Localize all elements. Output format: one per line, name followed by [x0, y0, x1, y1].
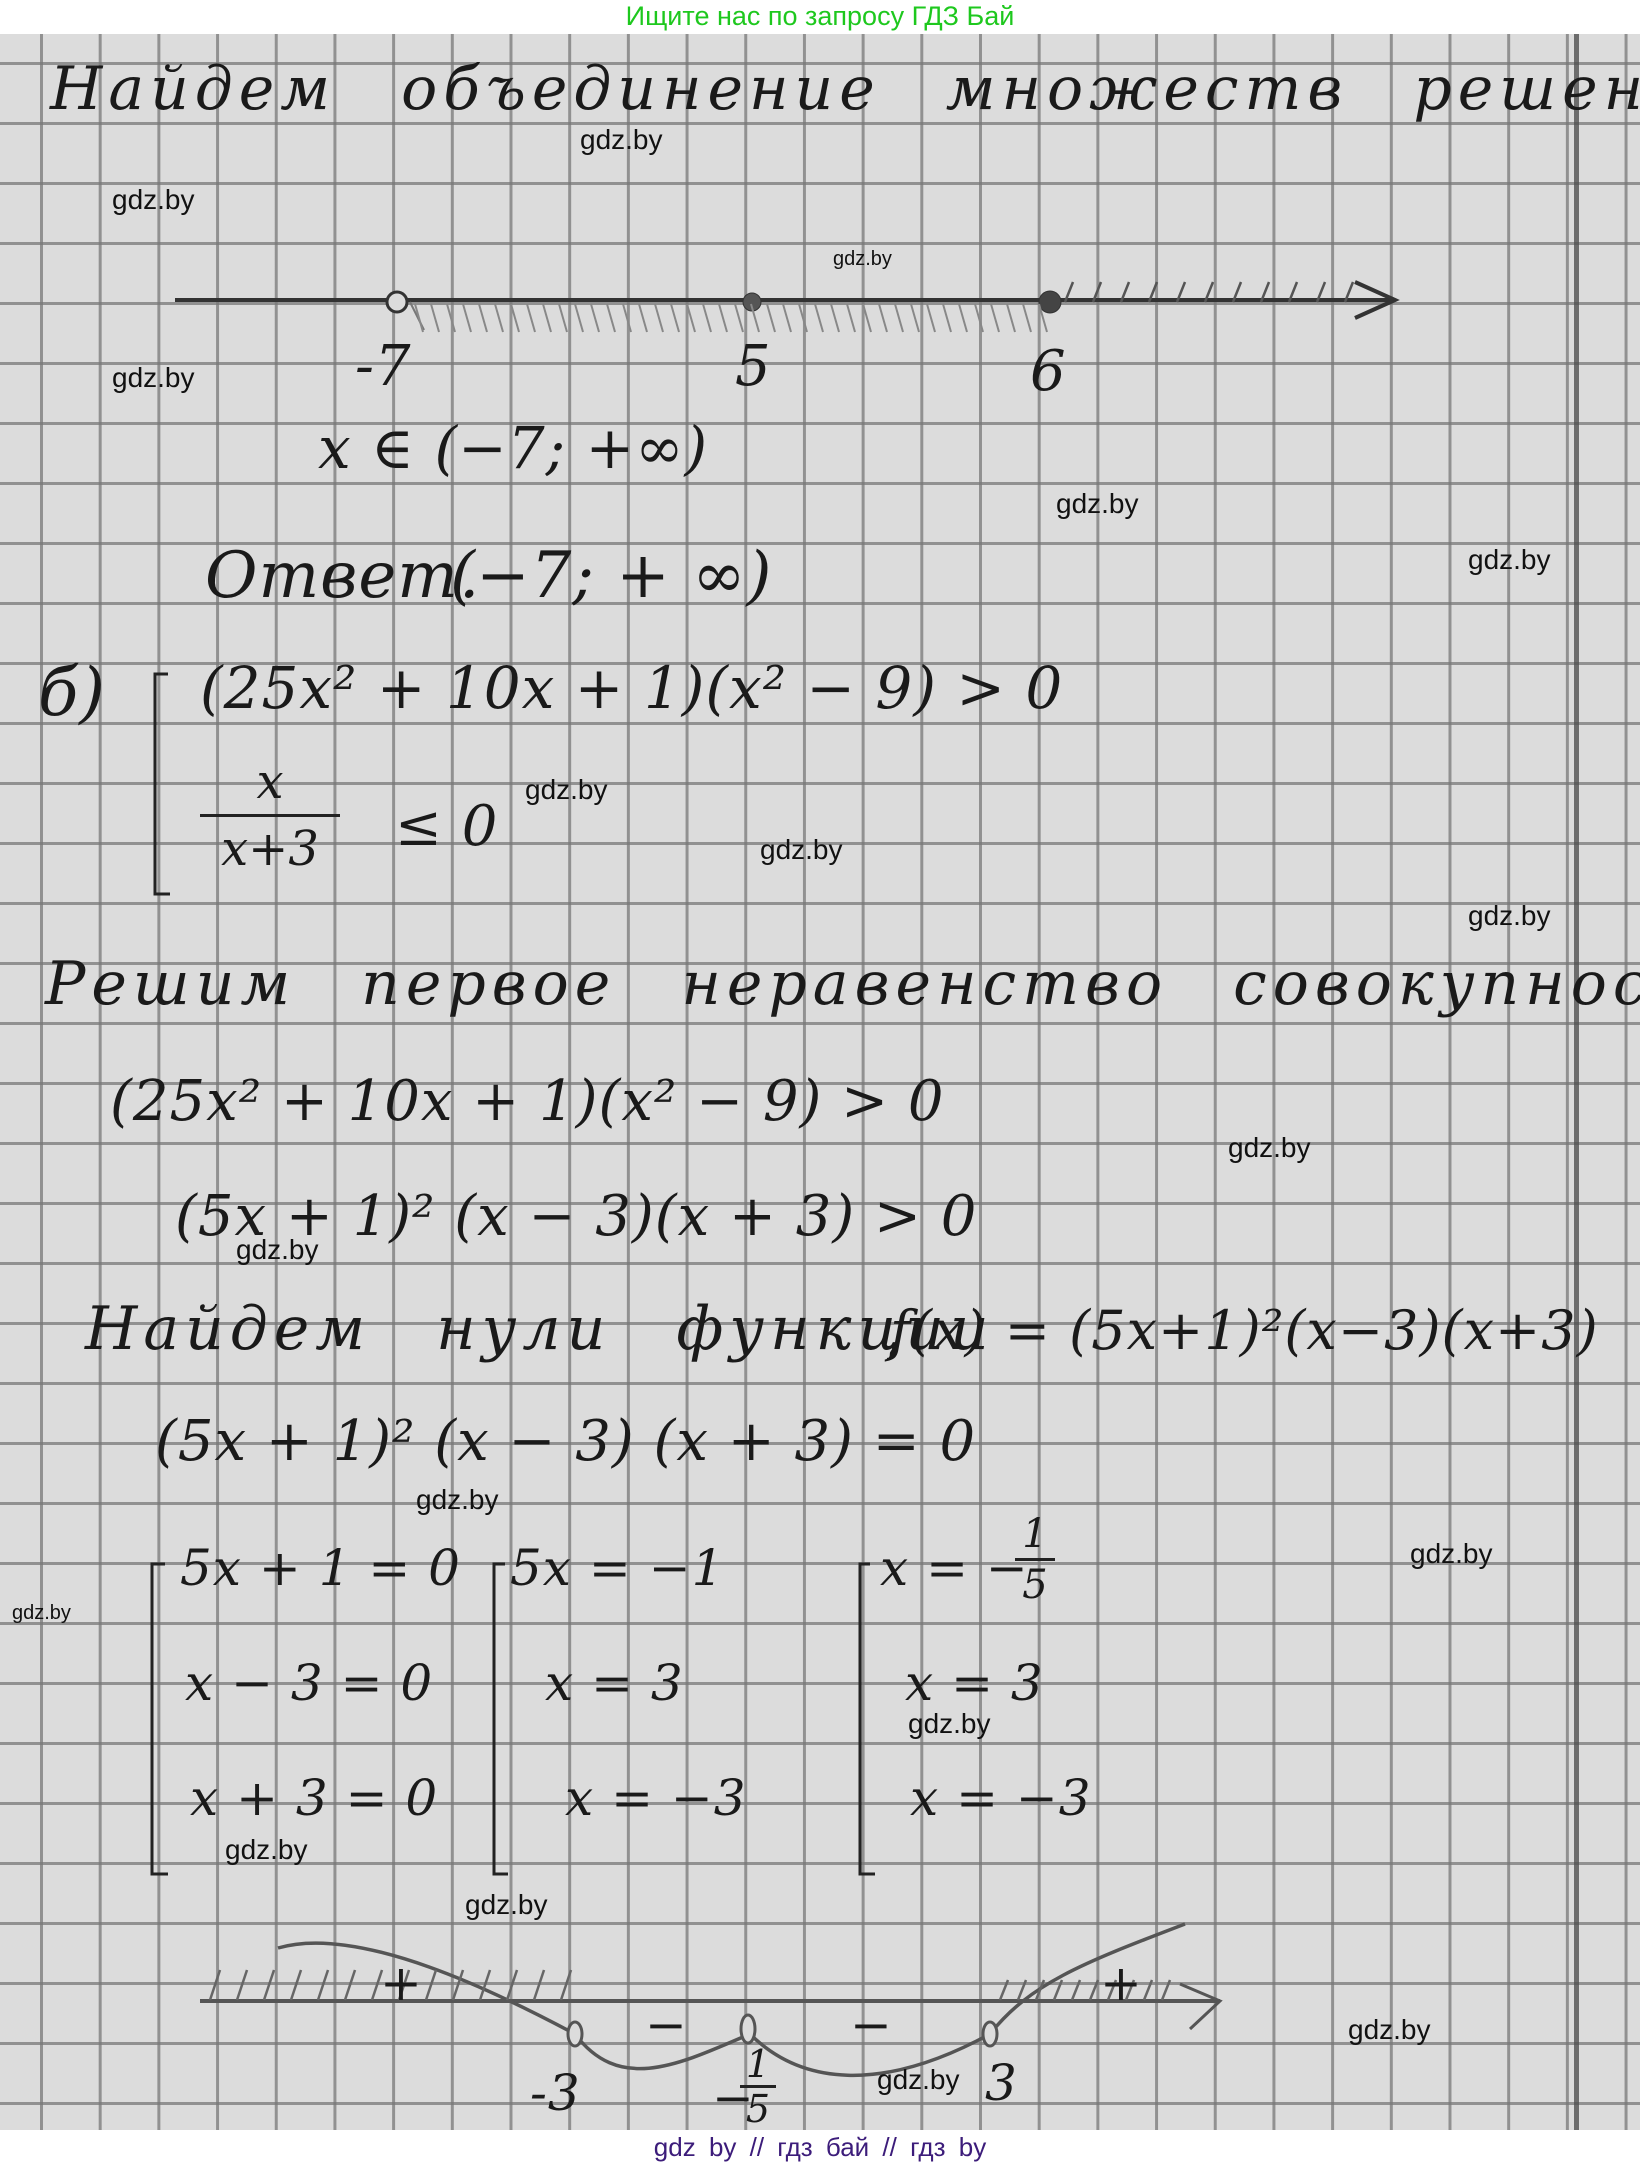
- col2-row3: x = −3: [565, 1769, 747, 1827]
- number-line-label-minus7: -7: [355, 334, 412, 399]
- watermark: gdz.by: [236, 1234, 319, 1266]
- col2-row2: x = 3: [545, 1654, 684, 1712]
- sign-minus-1: −: [645, 1996, 688, 2054]
- notebook-page: Найдем объединение множеств решений: [0, 34, 1640, 2130]
- number-line-a: [175, 282, 1395, 330]
- step1-eq1: (25x² + 10x + 1)(x² − 9) > 0: [110, 1069, 945, 1134]
- col3-fraction-num: 1: [1015, 1512, 1055, 1556]
- system-fraction: x x+3: [200, 754, 340, 877]
- watermark: gdz.by: [1056, 488, 1139, 520]
- system-line-2-relation: ≤ 0: [395, 794, 498, 859]
- number-line-label-5: 5: [735, 334, 772, 399]
- system-line-1: (25x² + 10x + 1)(x² − 9) > 0: [200, 654, 1063, 722]
- sign-plus-left: +: [380, 1954, 423, 2012]
- fraction-bar: [200, 814, 340, 817]
- fraction-numerator: x: [200, 754, 340, 810]
- sign-chart-label-fifth: 1 5: [740, 2044, 776, 2129]
- watermark: gdz.by: [1348, 2014, 1431, 2046]
- col3-fraction-den: 5: [1015, 1563, 1055, 1607]
- sign-minus-2: −: [850, 1996, 893, 2054]
- col3-row1-prefix: x = −: [880, 1539, 1029, 1597]
- watermark: gdz.by: [833, 248, 892, 271]
- sign-chart-label-minus3: -3: [530, 2064, 581, 2122]
- col1-row2: x − 3 = 0: [185, 1654, 433, 1712]
- watermark: gdz.by: [1468, 544, 1551, 576]
- watermark: gdz.by: [908, 1708, 991, 1740]
- watermark: gdz.by: [12, 1602, 71, 1625]
- col3-row3: x = −3: [910, 1769, 1092, 1827]
- watermark: gdz.by: [416, 1484, 499, 1516]
- watermark: gdz.by: [465, 1889, 548, 1921]
- top-banner: Ищите нас по запросу ГДЗ Бай: [0, 0, 1640, 34]
- solution-set: x ∈ (−7; +∞): [318, 414, 708, 482]
- heading-find-zeros: Найдем нули функции: [85, 1294, 995, 1364]
- col2-row1: 5x = −1: [510, 1539, 724, 1597]
- col3-row2: x = 3: [905, 1654, 1044, 1712]
- col1-row3: x + 3 = 0: [190, 1769, 438, 1827]
- part-b-label: б): [38, 654, 106, 731]
- sign-plus-right: +: [1100, 1954, 1143, 2012]
- watermark: gdz.by: [580, 124, 663, 156]
- watermark: gdz.by: [760, 834, 843, 866]
- number-line-label-6: 6: [1030, 339, 1067, 404]
- col3-fraction-bar: [1015, 1558, 1055, 1561]
- fraction-denominator: x+3: [200, 821, 340, 877]
- bottom-banner: gdz by // гдз бай // гдз by: [0, 2130, 1640, 2165]
- function-definition: f(x) = (5x+1)²(x−3)(x+3): [890, 1299, 1599, 1362]
- watermark: gdz.by: [112, 362, 195, 394]
- watermark: gdz.by: [525, 774, 608, 806]
- col1-row1: 5x + 1 = 0: [180, 1539, 461, 1597]
- watermark: gdz.by: [1410, 1538, 1493, 1570]
- sign-chart: [200, 1924, 1220, 2075]
- answer-value: (−7; + ∞): [450, 539, 772, 613]
- heading-solve-first: Решим первое неравенство совокупности: [45, 949, 1640, 1019]
- sign-chart-label-3: 3: [985, 2054, 1018, 2112]
- zeros-equation: (5x + 1)² (x − 3) (x + 3) = 0: [155, 1409, 976, 1474]
- col3-fraction: 1 5: [1015, 1512, 1055, 1607]
- sign-chart-fifth-den: 5: [740, 2089, 776, 2129]
- answer-label: Ответ.: [205, 539, 480, 613]
- watermark: gdz.by: [1468, 900, 1551, 932]
- watermark: gdz.by: [877, 2064, 960, 2096]
- watermark: gdz.by: [1228, 1132, 1311, 1164]
- sign-chart-fifth-num: 1: [740, 2044, 776, 2084]
- watermark: gdz.by: [225, 1834, 308, 1866]
- watermark: gdz.by: [112, 184, 195, 216]
